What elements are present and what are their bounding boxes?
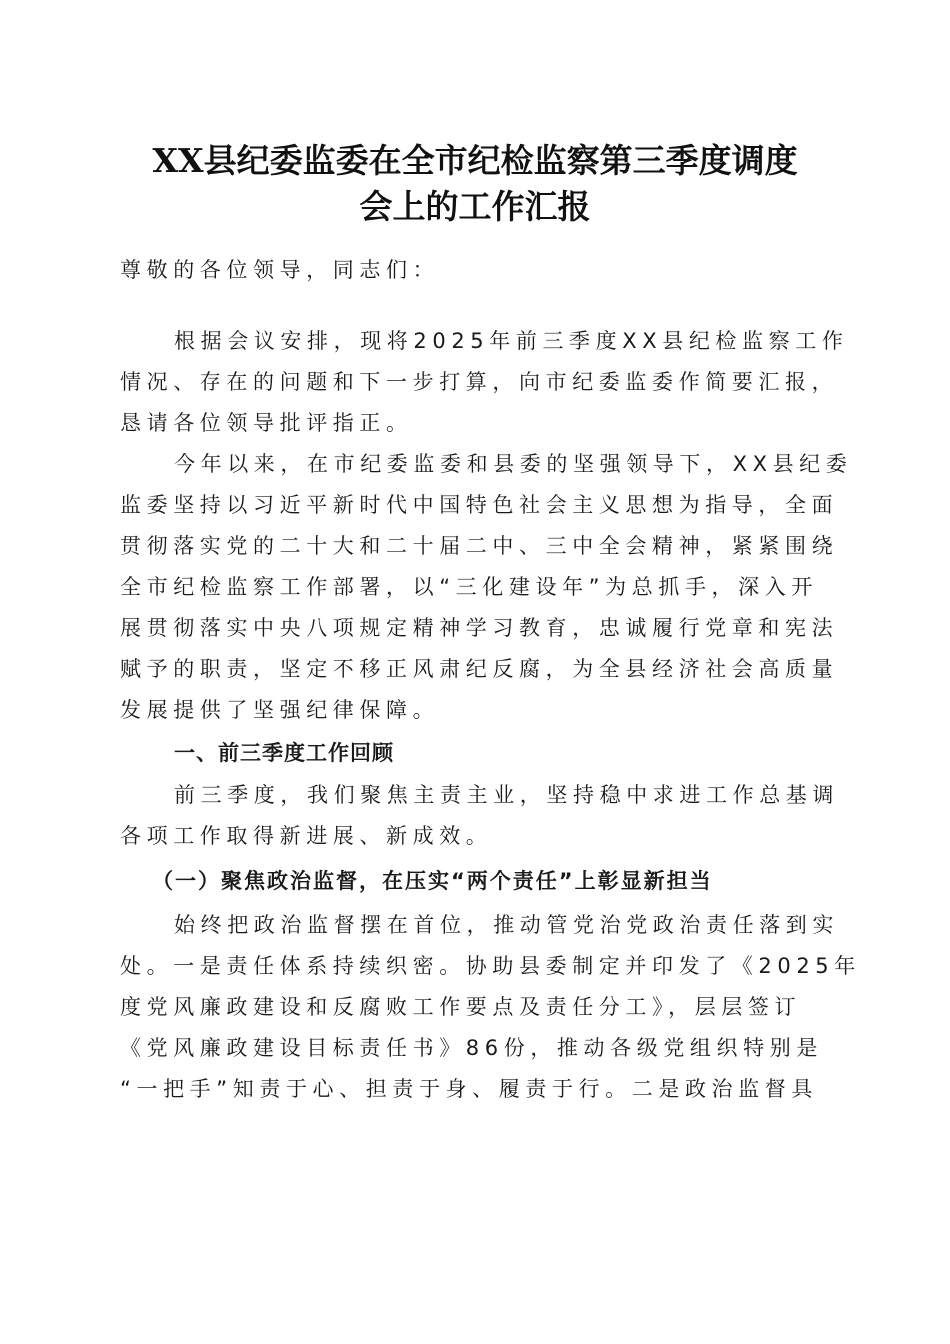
document-body: 尊敬的各位领导，同志们： 根据会议安排，现将2025年前三季度XX县纪检监察工作… — [120, 250, 824, 1110]
paragraph-meeting-arrangement: 根据会议安排，现将2025年前三季度XX县纪检监察工作 情况、存在的问题和下一步… — [120, 321, 824, 444]
paragraph-line: 今年以来，在市纪委监委和县委的坚强领导下，XX县纪委 — [120, 444, 824, 485]
paragraph-line: 贯彻落实党的二十大和二十届二中、三中全会精神，紧紧围绕 — [120, 526, 824, 567]
paragraph-overview: 今年以来，在市纪委监委和县委的坚强领导下，XX县纪委 监委坚持以习近平新时代中国… — [120, 444, 824, 731]
paragraph-line: 各项工作取得新进展、新成效。 — [120, 816, 824, 857]
paragraph-subsection1-body: 始终把政治监督摆在首位，推动管党治党政治责任落到实 处。一是责任体系持续织密。协… — [120, 905, 824, 1110]
subsection-heading-1: （一）聚焦政治监督，在压实“两个责任”上彰显新担当 — [120, 857, 824, 905]
paragraph-line: 发展提供了坚强纪律保障。 — [120, 690, 824, 731]
paragraph-line: 监委坚持以习近平新时代中国特色社会主义思想为指导，全面 — [120, 485, 824, 526]
paragraph-line: 根据会议安排，现将2025年前三季度XX县纪检监察工作 — [120, 321, 824, 362]
document-page: XX县纪委监委在全市纪检监察第三季度调度 会上的工作汇报 尊敬的各位领导，同志们… — [0, 0, 950, 1344]
paragraph-line: 处。一是责任体系持续织密。协助县委制定并印发了《2025年 — [120, 946, 824, 987]
document-title: XX县纪委监委在全市纪检监察第三季度调度 会上的工作汇报 — [100, 138, 850, 230]
paragraph-line: 恳请各位领导批评指正。 — [120, 403, 824, 444]
paragraph-section1-intro: 前三季度，我们聚焦主责主业，坚持稳中求进工作总基调 各项工作取得新进展、新成效。 — [120, 775, 824, 857]
paragraph-line: 情况、存在的问题和下一步打算，向市纪委监委作简要汇报， — [120, 362, 824, 403]
title-line-2: 会上的工作汇报 — [100, 184, 850, 230]
paragraph-line: 展贯彻落实中央八项规定精神学习教育，忠诚履行党章和宪法 — [120, 608, 824, 649]
paragraph-line: 度党风廉政建设和反腐败工作要点及责任分工》，层层签订 — [120, 987, 824, 1028]
paragraph-line: 《党风廉政建设目标责任书》86份，推动各级党组织特别是 — [120, 1028, 824, 1069]
paragraph-line: “一把手”知责于心、担责于身、履责于行。二是政治监督具 — [120, 1069, 824, 1110]
paragraph-line: 赋予的职责，坚定不移正风肃纪反腐，为全县经济社会高质量 — [120, 649, 824, 690]
paragraph-line: 全市纪检监察工作部署，以“三化建设年”为总抓手，深入开 — [120, 567, 824, 608]
paragraph-line: 始终把政治监督摆在首位，推动管党治党政治责任落到实 — [120, 905, 824, 946]
paragraph-line: 前三季度，我们聚焦主责主业，坚持稳中求进工作总基调 — [120, 775, 824, 816]
salutation: 尊敬的各位领导，同志们： — [120, 250, 824, 291]
section-heading-1: 一、前三季度工作回顾 — [120, 731, 824, 775]
title-line-1: XX县纪委监委在全市纪检监察第三季度调度 — [100, 138, 850, 184]
